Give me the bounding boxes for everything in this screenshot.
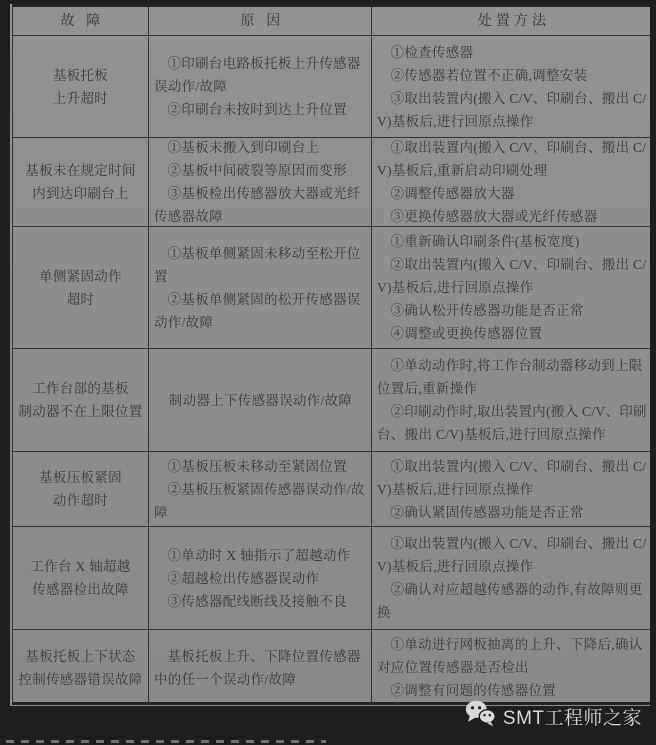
cause-item: ②超越检出传感器误动作 — [154, 567, 367, 590]
fault-line: 上升超时 — [16, 87, 145, 110]
cause-cell: ①基板压板未移动至紧固位置②基板压板紧固传感器误动作/故障 — [149, 452, 372, 526]
table-row: 工作台 X 轴超越传感器检出故障①单动时 X 轴指示了超越动作②超越检出传感器误… — [13, 527, 650, 630]
fault-line: 基板未在规定时间 — [16, 159, 145, 182]
cause-item: ③传感器配线断线及接触不良 — [154, 590, 367, 613]
fault-table: 故 障 原 因 处 置 方 法 基板托板上升超时①印刷台电路板托板上升传感器误动… — [12, 4, 650, 705]
cause-item: 制动器上下传感器误动作/故障 — [154, 389, 367, 412]
cause-cell: 制动器上下传感器误动作/故障 — [149, 349, 372, 451]
cause-cell: ①基板单侧紧固未移动至松开位置②基板单侧紧固的松开传感器误动作/故障 — [149, 227, 372, 348]
fault-cell: 基板未在规定时间内到达印刷台上 — [13, 138, 149, 226]
remedy-cell: ①重新确认印刷条件(基板宽度)②取出装置内(搬入 C/V、印刷台、搬出 C/V)… — [372, 227, 651, 348]
remedy-cell: ①取出装置内(搬入 C/V、印刷台、搬出 C/V)基板后,重新启动印刷处理②调整… — [372, 138, 651, 226]
remedy-item: ①检查传感器 — [377, 41, 647, 64]
table-body: 基板托板上升超时①印刷台电路板托板上升传感器误动作/故障②印刷台未按时到达上升位… — [13, 36, 650, 705]
remedy-item: ③取出装置内(搬入 C/V、印刷台、搬出 C/V)基板后,进行回原点操作 — [377, 87, 647, 133]
remedy-cell: ①单动进行网板抽离的上升、下降后,确认对应位置传感器是否检出②调整有问题的传感器… — [372, 630, 651, 705]
remedy-cell: ①取出装置内(搬入 C/V、印刷台、搬出 C/V)基板后,进行回原点操作②确认紧… — [372, 452, 651, 526]
brand-text: SMT工程师之家 — [503, 703, 642, 730]
cause-item: ②基板压板紧固传感器误动作/故障 — [154, 478, 367, 524]
header-cause: 原 因 — [149, 7, 372, 35]
cause-item: ②基板单侧紧固的松开传感器误动作/故障 — [154, 288, 367, 334]
table-row: 基板托板上下状态控制传感器错误故障基板托板上升、下降位置传感器中的任一个误动作/… — [13, 630, 650, 705]
screenshot-root: 故 障 原 因 处 置 方 法 基板托板上升超时①印刷台电路板托板上升传感器误动… — [0, 0, 656, 745]
fault-line: 制动器不在上限位置 — [16, 400, 145, 423]
header-fault: 故 障 — [13, 7, 149, 35]
fault-cell: 基板托板上升超时 — [13, 36, 149, 137]
fault-line: 工作台部的基板 — [16, 377, 145, 400]
cause-cell: ①印刷台电路板托板上升传感器误动作/故障②印刷台未按时到达上升位置 — [149, 36, 372, 137]
watermark-footer: SMT工程师之家 — [0, 700, 650, 732]
cause-item: ①基板压板未移动至紧固位置 — [154, 455, 367, 478]
cause-item: ②基板中间破裂等原因而变形 — [154, 159, 367, 182]
fault-line: 基板压板紧固 — [16, 466, 145, 489]
cause-item: ①基板单侧紧固未移动至松开位置 — [154, 242, 367, 288]
cause-item: ①单动时 X 轴指示了超越动作 — [154, 544, 367, 567]
wechat-icon — [465, 700, 496, 732]
cause-item: ①印刷台电路板托板上升传感器误动作/故障 — [154, 52, 367, 98]
remedy-item: ②传感器若位置不正确,调整安装 — [377, 64, 647, 87]
table-row: 基板压板紧固动作超时①基板压板未移动至紧固位置②基板压板紧固传感器误动作/故障①… — [13, 452, 650, 527]
fault-line: 工作台 X 轴超越 — [16, 555, 145, 578]
fault-line: 动作超时 — [16, 489, 145, 512]
fault-cell: 基板托板上下状态控制传感器错误故障 — [13, 630, 149, 705]
remedy-item: ②印刷动作时,取出装置内(搬入 C/V、印刷台、搬出 C/V)基板后,进行回原点… — [377, 400, 647, 446]
remedy-item: ③确认松开传感器功能是否正常 — [377, 299, 647, 322]
cause-cell: ①基板未搬入到印刷台上②基板中间破裂等原因而变形③基板检出传感器放大器或光纤传感… — [149, 138, 372, 226]
remedy-item: ②确认对应超越传感器的动作,有故障则更换 — [377, 578, 647, 624]
fault-line: 单侧紧固动作 — [16, 265, 145, 288]
cause-item: ③基板检出传感器放大器或光纤传感器故障 — [154, 182, 367, 226]
cropped-caption-fragment — [6, 740, 326, 743]
cause-cell: ①单动时 X 轴指示了超越动作②超越检出传感器误动作③传感器配线断线及接触不良 — [149, 527, 372, 629]
table-row: 工作台部的基板制动器不在上限位置制动器上下传感器误动作/故障①单动动作时,将工作… — [13, 349, 650, 452]
remedy-item: ①取出装置内(搬入 C/V、印刷台、搬出 C/V)基板后,进行回原点操作 — [377, 532, 647, 578]
fault-line: 传感器检出故障 — [16, 578, 145, 601]
table-header-row: 故 障 原 因 处 置 方 法 — [13, 7, 650, 36]
remedy-item: ①单动进行网板抽离的上升、下降后,确认对应位置传感器是否检出 — [377, 633, 647, 679]
remedy-item: ③更换传感器放大器或光纤传感器 — [377, 205, 647, 226]
fault-line: 超时 — [16, 288, 145, 311]
remedy-item: ②取出装置内(搬入 C/V、印刷台、搬出 C/V)基板后,进行回原点操作 — [377, 253, 647, 299]
fault-cell: 工作台部的基板制动器不在上限位置 — [13, 349, 149, 451]
remedy-item: ①单动动作时,将工作台制动器移动到上限位置后,重新操作 — [377, 354, 647, 400]
table-row: 单侧紧固动作超时①基板单侧紧固未移动至松开位置②基板单侧紧固的松开传感器误动作/… — [13, 227, 650, 349]
remedy-cell: ①单动动作时,将工作台制动器移动到上限位置后,重新操作②印刷动作时,取出装置内(… — [372, 349, 651, 451]
table-row: 基板托板上升超时①印刷台电路板托板上升传感器误动作/故障②印刷台未按时到达上升位… — [13, 36, 650, 138]
cause-cell: 基板托板上升、下降位置传感器中的任一个误动作/故障 — [149, 630, 372, 705]
fault-cell: 工作台 X 轴超越传感器检出故障 — [13, 527, 149, 629]
fault-line: 内到达印刷台上 — [16, 182, 145, 205]
table-row: 基板未在规定时间内到达印刷台上①基板未搬入到印刷台上②基板中间破裂等原因而变形③… — [13, 138, 650, 227]
cause-item: ②印刷台未按时到达上升位置 — [154, 98, 367, 121]
fault-line: 基板托板 — [16, 64, 145, 87]
cause-item: 基板托板上升、下降位置传感器中的任一个误动作/故障 — [154, 645, 367, 691]
fault-cell: 单侧紧固动作超时 — [13, 227, 149, 348]
remedy-item: ②调整传感器放大器 — [377, 182, 647, 205]
remedy-item: ④调整或更换传感器位置 — [377, 322, 647, 345]
header-remedy: 处 置 方 法 — [372, 7, 651, 35]
remedy-cell: ①检查传感器②传感器若位置不正确,调整安装③取出装置内(搬入 C/V、印刷台、搬… — [372, 36, 651, 137]
fault-cell: 基板压板紧固动作超时 — [13, 452, 149, 526]
scanned-page: 故 障 原 因 处 置 方 法 基板托板上升超时①印刷台电路板托板上升传感器误动… — [10, 4, 650, 706]
remedy-item: ②确认紧固传感器功能是否正常 — [377, 501, 647, 524]
remedy-item: ①取出装置内(搬入 C/V、印刷台、搬出 C/V)基板后,进行回原点操作 — [377, 455, 647, 501]
remedy-item: ①取出装置内(搬入 C/V、印刷台、搬出 C/V)基板后,重新启动印刷处理 — [377, 138, 647, 182]
remedy-cell: ①取出装置内(搬入 C/V、印刷台、搬出 C/V)基板后,进行回原点操作②确认对… — [372, 527, 651, 629]
fault-line: 基板托板上下状态 — [16, 645, 145, 668]
remedy-item: ①重新确认印刷条件(基板宽度) — [377, 230, 647, 253]
fault-line: 控制传感器错误故障 — [16, 668, 145, 691]
remedy-item: ②调整有问题的传感器位置 — [377, 679, 647, 702]
cause-item: ①基板未搬入到印刷台上 — [154, 138, 367, 159]
